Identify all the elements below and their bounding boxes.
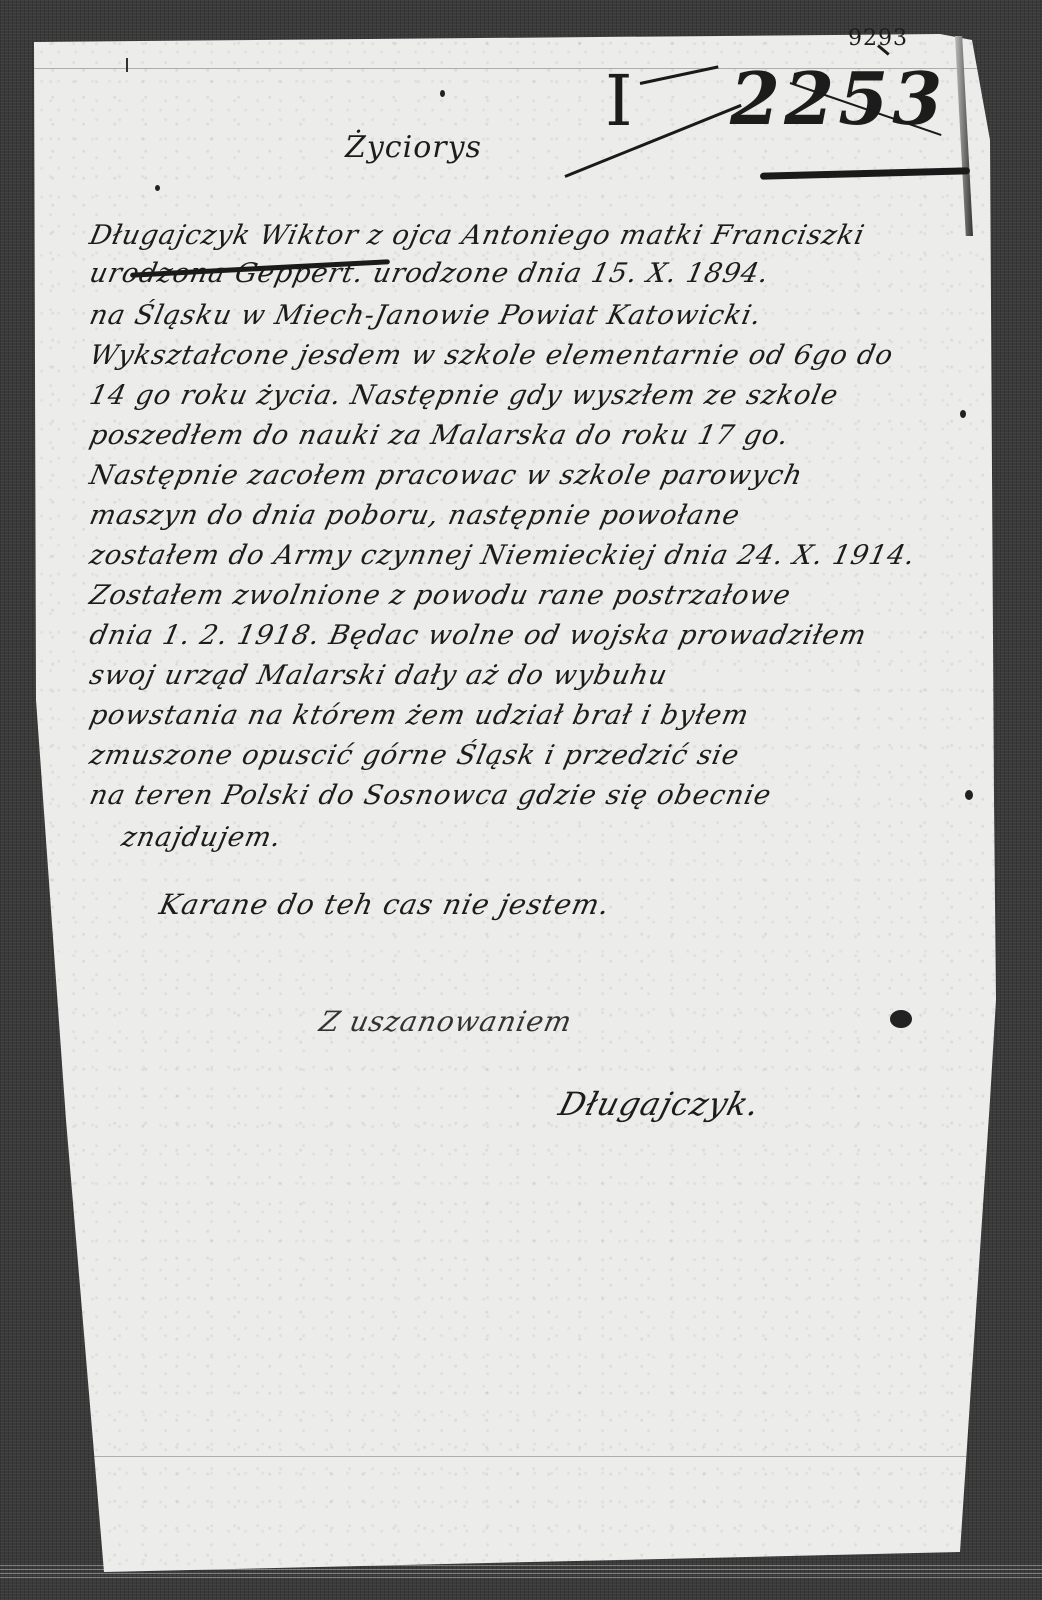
body-line-12: swoj urząd Malarski dały aż do wybuhu [87, 660, 671, 691]
body-line-2: urodzona Geppert. urodzone dnia 15. X. 1… [87, 258, 772, 289]
body-line-7: Następnie zacołem pracowac w szkole paro… [87, 460, 806, 491]
body-line-8: maszyn do dnia poboru, następnie powołan… [87, 500, 743, 531]
ink-spot [960, 410, 966, 418]
body-line-3: na Śląsku w Miech-Janowie Powiat Katowic… [87, 300, 765, 331]
ink-spot [965, 790, 973, 800]
ink-spot [440, 90, 445, 97]
body-line-1: Długajczyk Wiktor z ojca Antoniego matki… [87, 220, 868, 251]
ink-blot [890, 1010, 912, 1028]
body-line-16: znajdujem. [119, 822, 285, 853]
reference-mark: I [605, 60, 634, 142]
ink-spot [155, 185, 160, 191]
body-line-14: zmuszone opuscić górne Śląsk i przedzić … [87, 740, 743, 771]
body-line-15: na teren Polski do Sosnowca gdzie się ob… [87, 780, 775, 811]
body-line-10: Zostałem zwolnione z powodu rane postrza… [87, 580, 794, 611]
document-title: Życiorys [345, 130, 482, 165]
body-line-4: Wykształcone jesdem w szkole elementarni… [87, 340, 897, 371]
margin-tick [126, 58, 128, 72]
body-line-6: poszedłem do nauki za Malarska do roku 1… [87, 420, 792, 451]
body-line-13: powstania na którem żem udział brał i by… [87, 700, 752, 731]
criminal-record-statement: Karane do teh cas nie jestem. [156, 888, 613, 921]
signature: Długajczyk. [555, 1085, 765, 1123]
closing-salutation: Z uszanowaniem [316, 1005, 575, 1038]
body-line-11: dnia 1. 2. 1918. Będac wolne od wojska p… [87, 620, 870, 651]
ruled-line [34, 1456, 994, 1457]
body-line-5: 14 go roku życia. Następnie gdy wyszłem … [87, 380, 842, 411]
body-line-9: zostałem do Army czynnej Niemieckiej dni… [87, 540, 919, 571]
